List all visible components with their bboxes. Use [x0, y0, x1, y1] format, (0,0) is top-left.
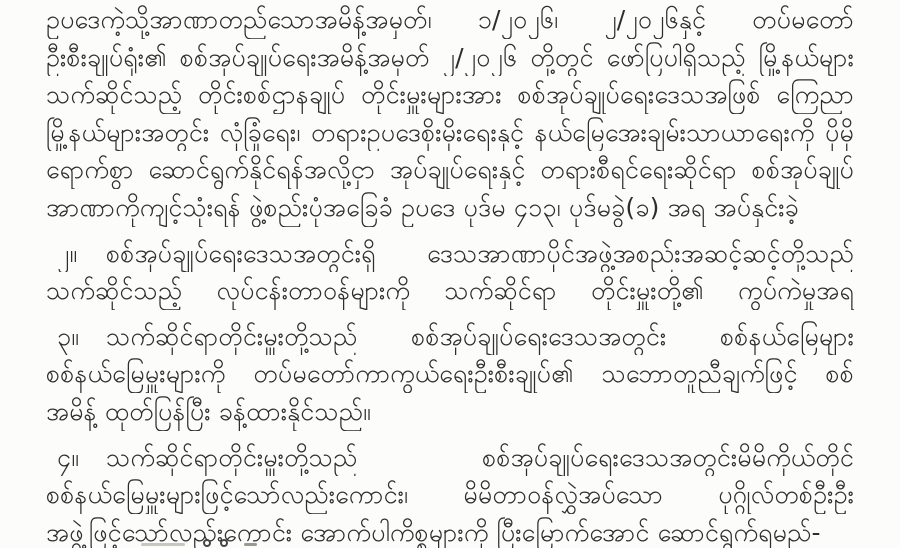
paragraph-number: ၂။ [46, 235, 106, 273]
paragraph-2: ၂။စစ်အုပ်ချုပ်ရေးဒေသအတွင်းရှိ ဒေသအာဏာပို… [46, 235, 854, 310]
glyph-top-ring [203, 539, 211, 547]
text-block: ဥပဒေကဲ့သို့အာဏာတည်သောအမိန့်အမှတ်၊ ၁/၂၀၂၆… [46, 1, 854, 548]
text-line: ရောက်စွာ ဆောင်ရွက်နိုင်ရန်အလို့ငှာ အုပ်ခ… [46, 151, 854, 189]
text-line: မြို့နယ်များအတွင်း လုံခြုံရေး၊ တရားဥပဒေစ… [46, 114, 854, 152]
paragraph-3: ၃။သက်ဆိုင်ရာတိုင်းမှူးတို့သည် စစ်အုပ်ချု… [46, 318, 854, 431]
clipped-next-line-fragment [117, 539, 517, 548]
text-line: သက်ဆိုင်သည့် တိုင်းစစ်ဌာနချုပ် တိုင်းမှူ… [46, 76, 854, 114]
glyph-top-smudge [141, 543, 185, 546]
paragraph-number: ၄။ [46, 439, 106, 477]
text-line: စစ်နယ်မြေမှူးများကို တပ်မတော်ကာကွယ်ရေးဦး… [46, 355, 854, 393]
glyph-top-ring [220, 539, 228, 547]
text-line-content: သက်ဆိုင်ရာတိုင်းမှူးတို့သည် စစ်အုပ်ချုပ်… [46, 443, 854, 477]
text-line: ၄။သက်ဆိုင်ရာတိုင်းမှူးတို့သည် စစ်အုပ်ချု… [46, 439, 854, 477]
text-line: အာဏာကိုကျင့်သုံးရန် ဖွဲ့စည်းပုံအခြေခံ ဥပ… [46, 189, 854, 227]
text-line: သက်ဆိုင်သည့် လုပ်ငန်းတာဝန်များကို သက်ဆို… [46, 272, 854, 310]
text-line: ၂။စစ်အုပ်ချုပ်ရေးဒေသအတွင်းရှိ ဒေသအာဏာပို… [46, 235, 854, 273]
text-line: ဥပဒေကဲ့သို့အာဏာတည်သောအမိန့်အမှတ်၊ ၁/၂၀၂၆… [46, 1, 854, 39]
text-line-content: စစ်အုပ်ချုပ်ရေးဒေသအတွင်းရှိ ဒေသအာဏာပိုင်… [46, 239, 854, 273]
paragraph-number: ၃။ [46, 318, 106, 356]
text-line: စစ်နယ်မြေမှူးများဖြင့်သော်လည်းကောင်း၊ မိ… [46, 476, 854, 514]
text-line-content: သက်ဆိုင်ရာတိုင်းမှူးတို့သည် စစ်အုပ်ချုပ်… [46, 322, 854, 356]
paragraph-4: ၄။သက်ဆိုင်ရာတိုင်းမှူးတို့သည် စစ်အုပ်ချု… [46, 439, 854, 548]
paragraph-continuation: ဥပဒေကဲ့သို့အာဏာတည်သောအမိန့်အမှတ်၊ ၁/၂၀၂၆… [46, 1, 854, 227]
text-line: ၃။သက်ဆိုင်ရာတိုင်းမှူးတို့သည် စစ်အုပ်ချု… [46, 318, 854, 356]
glyph-top-dash [244, 543, 257, 546]
text-line: ဦးစီးချုပ်ရုံး၏ စစ်အုပ်ချုပ်ရေးအမိန့်အမှ… [46, 39, 854, 77]
text-line: အမိန့် ထုတ်ပြန်ပြီး ခန့်ထားနိုင်သည်။ [46, 393, 854, 431]
document-page: ဥပဒေကဲ့သို့အာဏာတည်သောအမိန့်အမှတ်၊ ၁/၂၀၂၆… [0, 0, 900, 548]
